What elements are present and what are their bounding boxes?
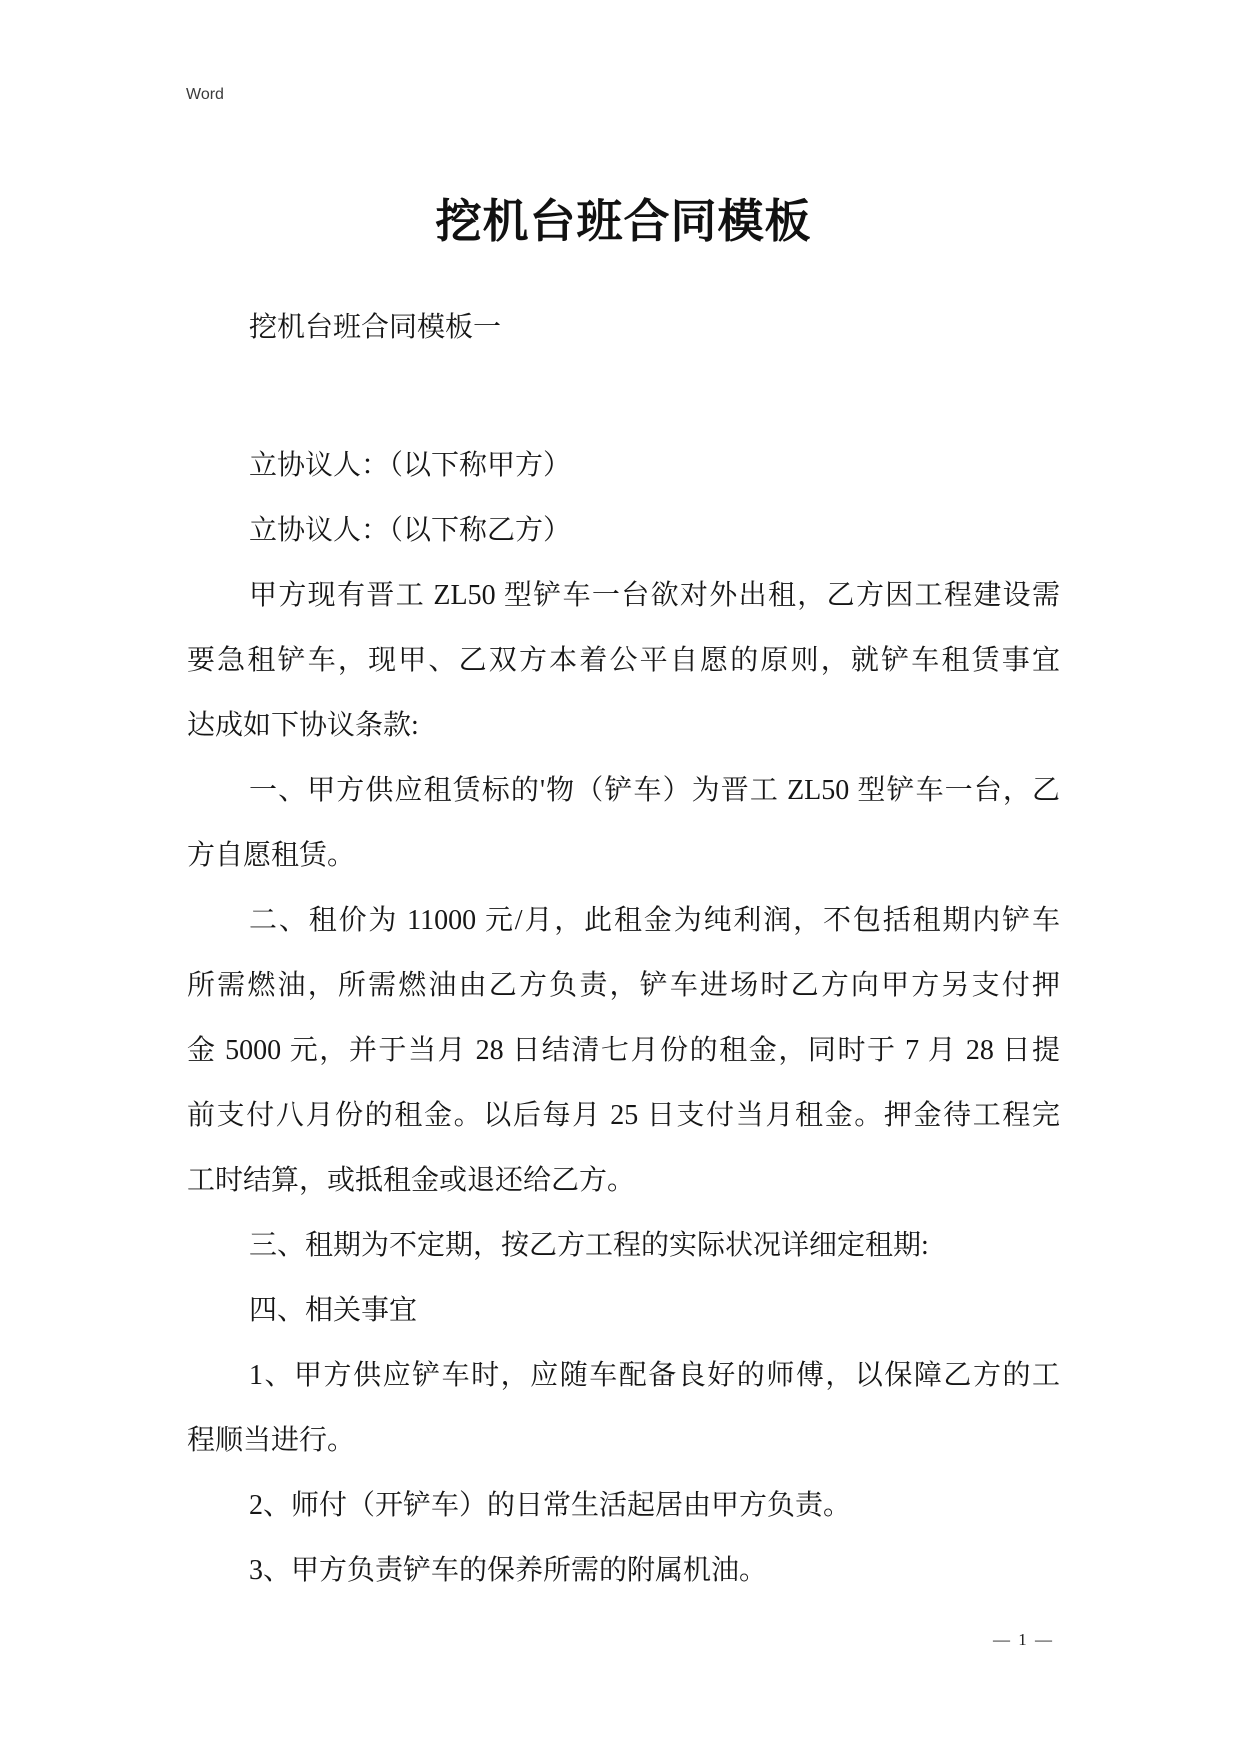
document-line: 金 5000 元，并于当月 28 日结清七月份的租金，同时于 7 月 28 日提 xyxy=(187,1018,1060,1083)
document-line: 立协议人：（以下称乙方） xyxy=(187,498,1060,563)
document-line: 二、租价为 11000 元/月，此租金为纯利润，不包括租期内铲车 xyxy=(187,888,1060,953)
word-watermark-label: Word xyxy=(186,86,224,104)
document-line: 三、租期为不定期，按乙方工程的实际状况详细定租期: xyxy=(187,1213,1060,1278)
document-page: Word 挖机台班合同模板 挖机台班合同模板一 立协议人：（以下称甲方）立协议人… xyxy=(0,0,1240,1753)
document-line: 程顺当进行。 xyxy=(187,1408,1060,1473)
document-line: 工时结算，或抵租金或退还给乙方。 xyxy=(187,1148,1060,1213)
document-subtitle: 挖机台班合同模板一 xyxy=(187,295,1060,360)
document-line: 要急租铲车，现甲、乙双方本着公平自愿的原则，就铲车租赁事宜 xyxy=(187,628,1060,693)
document-line: 四、相关事宜 xyxy=(187,1278,1060,1343)
document-line: 所需燃油，所需燃油由乙方负责，铲车进场时乙方向甲方另支付押 xyxy=(187,953,1060,1018)
document-line: 达成如下协议条款: xyxy=(187,693,1060,758)
document-line: 2、师付（开铲车）的日常生活起居由甲方负责。 xyxy=(187,1473,1060,1538)
document-line: 立协议人：（以下称甲方） xyxy=(187,433,1060,498)
document-line: 3、甲方负责铲车的保养所需的附属机油。 xyxy=(187,1538,1060,1603)
document-line: 1、甲方供应铲车时，应随车配备良好的师傅，以保障乙方的工 xyxy=(187,1343,1060,1408)
document-line: 前支付八月份的租金。以后每月 25 日支付当月租金。押金待工程完 xyxy=(187,1083,1060,1148)
page-number: — 1 — xyxy=(993,1628,1054,1652)
document-line: 一、甲方供应租赁标的'物（铲车）为晋工 ZL50 型铲车一台，乙 xyxy=(187,758,1060,823)
document-title: 挖机台班合同模板 xyxy=(187,192,1060,252)
document-line: 方自愿租赁。 xyxy=(187,823,1060,888)
document-line: 甲方现有晋工 ZL50 型铲车一台欲对外出租，乙方因工程建设需 xyxy=(187,563,1060,628)
